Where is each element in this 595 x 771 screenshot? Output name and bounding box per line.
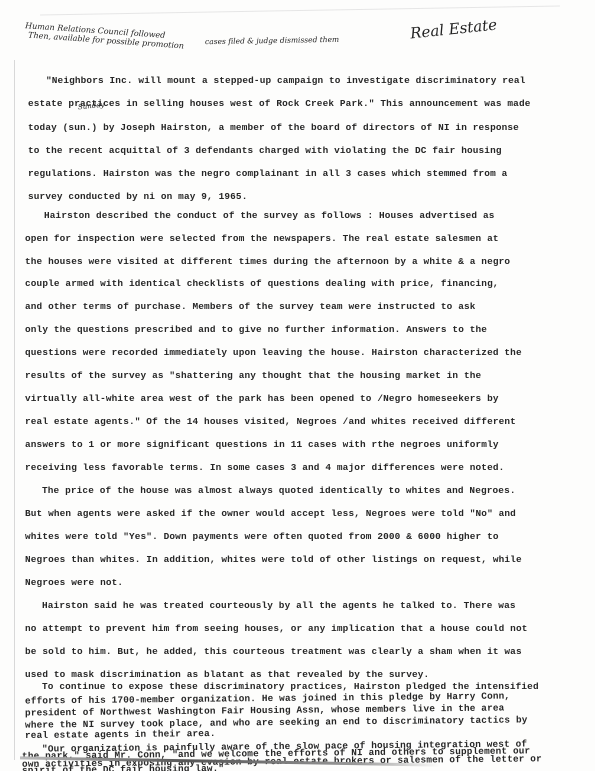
text-line: today (sun.) by Joseph Hairston, a membe… [28,122,519,133]
text-line: Hairston said he was treated courteously… [42,600,516,611]
text-line: survey conducted by ni on may 9, 1965. [28,191,248,202]
text-line: only the questions prescribed and to giv… [25,324,487,335]
text-line: estate practices in selling houses west … [28,98,531,109]
scanned-document-page: Human Relations Council followed Then, a… [0,0,595,771]
text-line: whites were told "Yes". Down payments we… [25,531,499,542]
text-line: The price of the house was almost always… [42,485,516,496]
text-line: and other terms of purchase. Members of … [25,301,476,312]
handwritten-note-top-middle: cases filed & judge dismissed them [205,35,339,46]
text-line: real estate agents in their area. [25,728,216,741]
text-line: answers to 1 or more significant questio… [25,439,499,450]
text-line: receiving less favorable terms. In some … [25,462,504,473]
text-line: open for inspection were selected from t… [25,233,499,244]
text-line: to the recent acquittal of 3 defendants … [28,145,502,156]
text-line: be sold to him. But, he added, this cour… [25,646,522,657]
text-line: Negroes were not. [25,577,123,588]
text-line: couple armed with identical checklists o… [25,278,499,289]
text-line: regulations. Hairston was the negro comp… [28,168,507,179]
text-line: spirit of the DC fair housing law." [22,763,224,771]
text-line: real estate agents." Of the 14 houses vi… [25,416,516,427]
text-line: the houses were visited at different tim… [25,256,510,267]
handwritten-heading: Real Estate [409,15,498,42]
text-line: Negroes than whites. In addition, whites… [25,554,522,565]
text-line: virtually all-white area west of the par… [25,393,499,404]
text-line: "Neighbors Inc. will mount a stepped-up … [46,75,525,86]
text-line: Hairston described the conduct of the su… [44,210,495,221]
text-line: questions were recorded immediately upon… [25,347,522,358]
text-line: But when agents were asked if the owner … [25,508,516,519]
text-line: results of the survey as "shattering any… [25,370,481,381]
scan-artifact-left-edge [14,60,15,760]
text-line: no attempt to prevent him from seeing ho… [25,623,528,634]
text-line: used to mask discrimination as blatant a… [25,669,429,680]
